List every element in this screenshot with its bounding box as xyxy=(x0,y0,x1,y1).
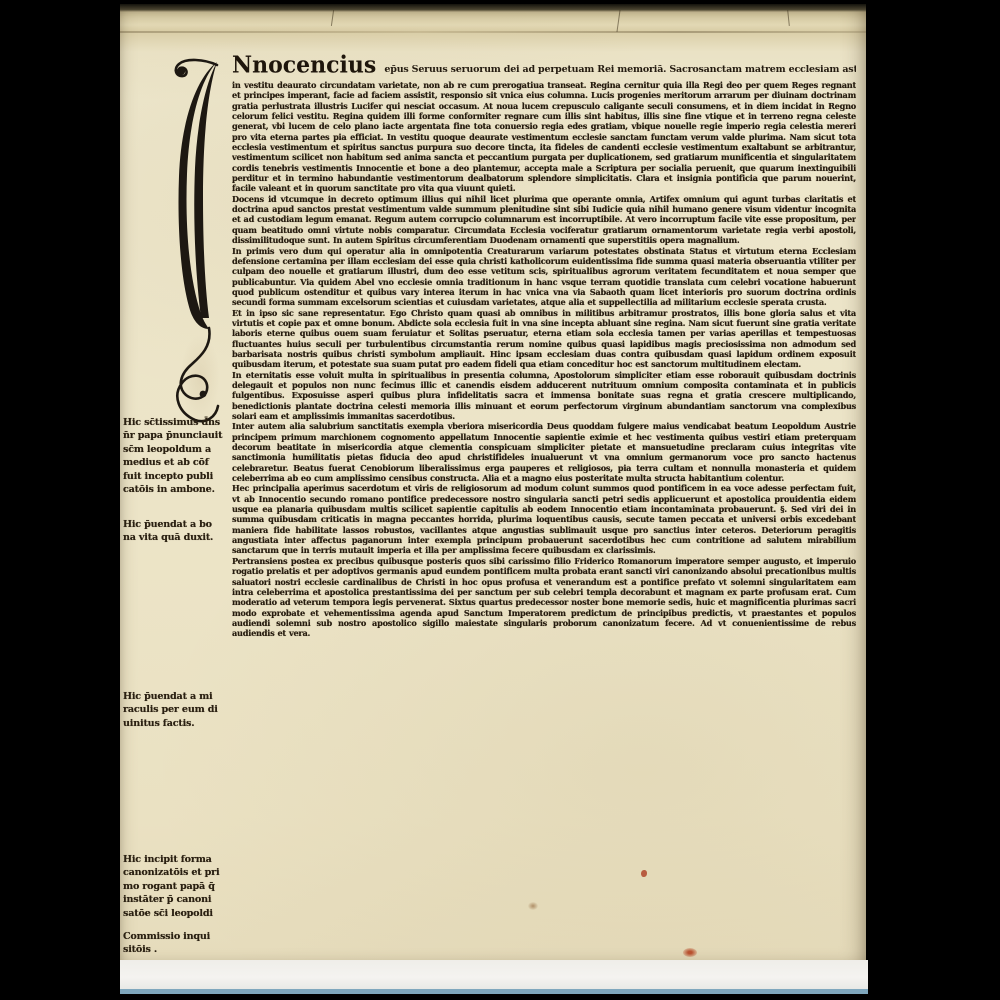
body-text: in vestitu deaurato circundatam varietat… xyxy=(232,80,856,639)
note-line: raculis per eum di xyxy=(123,703,233,716)
margin-note-commission: Commissio inquisitōis . xyxy=(123,930,233,957)
scratch-mark xyxy=(616,10,620,32)
text-paragraph: In eternitatis esse voluit multa in spir… xyxy=(232,370,856,422)
text-paragraph: Hec principalia aperimus sacerdotum et v… xyxy=(232,483,856,555)
brown-stain xyxy=(528,902,538,910)
note-line: medius et ab cōf xyxy=(123,456,233,469)
note-line: canonizatōis et pri xyxy=(123,866,233,879)
text-block: Nnocencius ep̄us Seruus seruorum dei ad … xyxy=(232,52,856,960)
note-line: satōe sc̄i leopoldi xyxy=(123,907,233,920)
text-paragraph: in vestitu deaurato circundatam varietat… xyxy=(232,80,856,194)
text-paragraph: In primis vero dum qui operatur alia in … xyxy=(232,246,856,308)
note-line: mo rogant papā q̄ xyxy=(123,880,233,893)
margin-note-pronunciation: Hic sc̄tissimus d̄nsn̄r papa p̄nunciauit… xyxy=(123,416,233,496)
note-line: n̄r papa p̄nunciauit xyxy=(123,429,233,442)
note-line: Commissio inqui xyxy=(123,930,233,943)
heading-word: Nnocencius xyxy=(232,52,376,79)
initial-letter-I: I xyxy=(170,56,236,432)
note-line: Hic p̄uendat a mi xyxy=(123,690,233,703)
note-line: sc̄m leopoldum a xyxy=(123,443,233,456)
page-top-edge xyxy=(120,4,866,12)
text-paragraph: Pertransiens postea ex precibus quibusqu… xyxy=(232,556,856,639)
scratch-mark xyxy=(331,10,334,26)
text-paragraph: Docens id vtcumque in decreto optimum il… xyxy=(232,194,856,246)
note-line: sitōis . xyxy=(123,943,233,956)
margin-note-good-life: Hic p̄uendat a bona vita quā duxit. xyxy=(123,518,233,545)
margin-note-miracles: Hic p̄uendat a miraculis per eum diuinit… xyxy=(123,690,233,730)
margin-note-canonization-form: Hic incipit formacanonizatōis et primo … xyxy=(123,853,233,920)
red-ink-smudge xyxy=(683,948,697,957)
scanner-strip xyxy=(120,960,868,994)
red-ink-stain xyxy=(641,870,647,877)
scratch-mark xyxy=(787,10,790,26)
note-line: Hic incipit forma xyxy=(123,853,233,866)
initial-flourish-graphic xyxy=(170,56,236,432)
incipit-heading: Nnocencius ep̄us Seruus seruorum dei ad … xyxy=(232,52,856,78)
text-paragraph: Et in ipso sic sane representatur. Ego C… xyxy=(232,308,856,370)
note-line: catōis in ambone. xyxy=(123,483,233,496)
scan-background: I Hic sc̄tissimus d̄nsn̄r papa p̄nunciau… xyxy=(0,0,1000,1000)
note-line: instāter p̄ canoni xyxy=(123,893,233,906)
text-paragraph: Inter autem alia salubrium sanctitatis e… xyxy=(232,421,856,483)
parchment-crease xyxy=(120,31,866,33)
heading-continuation: ep̄us Seruus seruorum dei ad perpetuam R… xyxy=(384,64,856,75)
manuscript-page: I Hic sc̄tissimus d̄nsn̄r papa p̄nunciau… xyxy=(120,4,866,960)
note-line: fuit incepto publi xyxy=(123,470,233,483)
note-line: uinitus factis. xyxy=(123,717,233,730)
note-line: Hic sc̄tissimus d̄ns xyxy=(123,416,233,429)
note-line: Hic p̄uendat a bo xyxy=(123,518,233,531)
note-line: na vita quā duxit. xyxy=(123,531,233,544)
